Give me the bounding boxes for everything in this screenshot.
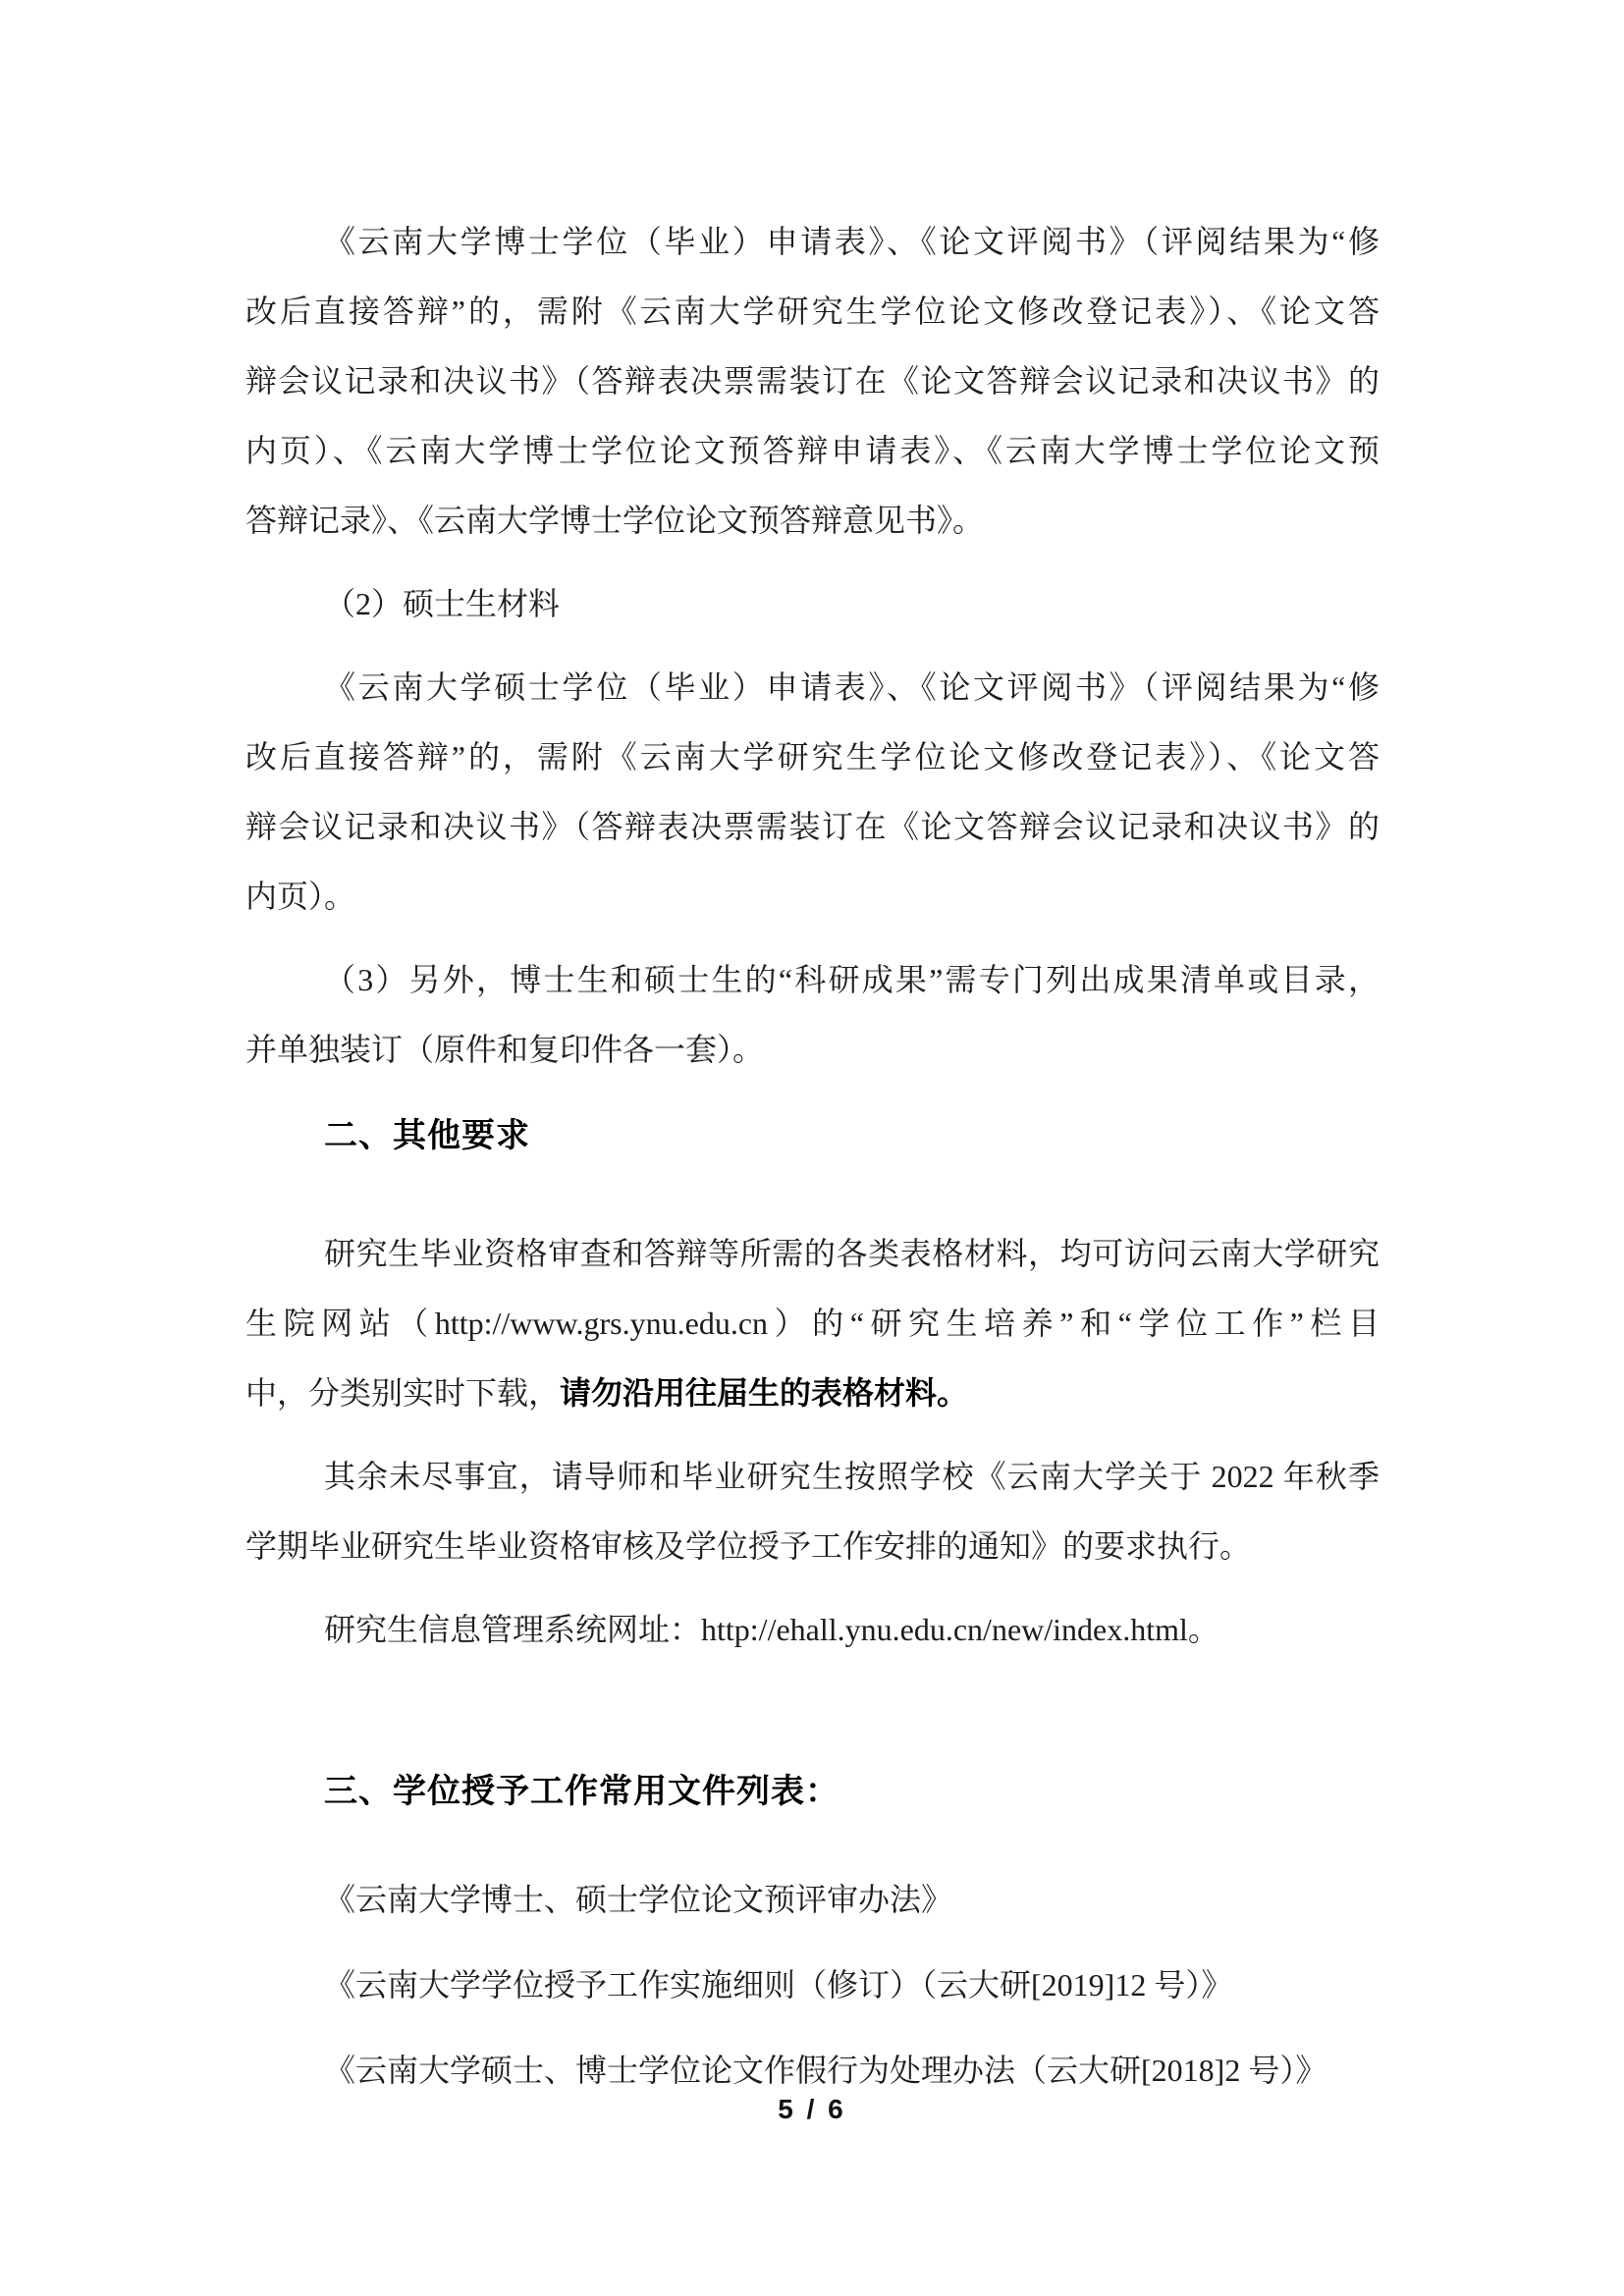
document-content: 《云南大学博士学位（毕业）申请表》、《论文评阅书》（评阅结果为“修改后直接答辩”… bbox=[245, 207, 1380, 2106]
section-2-heading: 二、其他要求 bbox=[245, 1101, 1380, 1171]
text-line: 《云南大学硕士学位（毕业）申请表》、《论文评阅书》（评阅结果为“修 bbox=[245, 653, 1380, 722]
text-line: 生院网站（http://www.grs.ynu.edu.cn）的“研究生培养”和… bbox=[245, 1289, 1380, 1359]
section-3-heading: 三、学位授予工作常用文件列表： bbox=[245, 1757, 1380, 1827]
list-item: 《云南大学学位授予工作实施细则（修订）（云大研[2019]12 号）》 bbox=[245, 1950, 1380, 2020]
text-line: 学期毕业研究生毕业资格审核及学位授予工作安排的通知》的要求执行。 bbox=[245, 1512, 1380, 1581]
text-line: 《云南大学博士学位（毕业）申请表》、《论文评阅书》（评阅结果为“修 bbox=[245, 207, 1380, 277]
text-line: 中，分类别实时下载，请勿沿用往届生的表格材料。 bbox=[245, 1359, 1380, 1428]
text-line: 辩会议记录和决议书》（答辩表决票需装订在《论文答辩会议记录和决议书》的 bbox=[245, 792, 1380, 862]
text-line: 辩会议记录和决议书》（答辩表决票需装订在《论文答辩会议记录和决议书》的 bbox=[245, 347, 1380, 416]
paragraph: （2）硕士生材料 bbox=[245, 569, 1380, 639]
paragraph: 其余未尽事宜，请导师和毕业研究生按照学校《云南大学关于 2022 年秋季学期毕业… bbox=[245, 1442, 1380, 1581]
text-line: 改后直接答辩”的，需附《云南大学研究生学位论文修改登记表》）、《论文答 bbox=[245, 722, 1380, 792]
text-line: （3）另外，博士生和硕士生的“科研成果”需专门列出成果清单或目录， bbox=[245, 945, 1380, 1015]
text-line: 研究生信息管理系统网址：http://ehall.ynu.edu.cn/new/… bbox=[245, 1595, 1380, 1665]
text-line: 答辩记录》、《云南大学博士学位论文预答辩意见书》。 bbox=[245, 486, 1380, 556]
paragraph: 《云南大学硕士学位（毕业）申请表》、《论文评阅书》（评阅结果为“修改后直接答辩”… bbox=[245, 653, 1380, 932]
paragraph: 研究生毕业资格审查和答辩等所需的各类表格材料，均可访问云南大学研究生院网站（ht… bbox=[245, 1219, 1380, 1428]
text-line: 其余未尽事宜，请导师和毕业研究生按照学校《云南大学关于 2022 年秋季 bbox=[245, 1442, 1380, 1512]
text-line: 内页）、《云南大学博士学位论文预答辩申请表》、《云南大学博士学位论文预 bbox=[245, 416, 1380, 486]
text-line: 内页）。 bbox=[245, 862, 1380, 932]
bold-run: 请勿沿用往届生的表格材料。 bbox=[560, 1375, 968, 1411]
page-number: 5 / 6 bbox=[0, 2094, 1624, 2125]
paragraph: （3）另外，博士生和硕士生的“科研成果”需专门列出成果清单或目录，并单独装订（原… bbox=[245, 945, 1380, 1085]
list-item: 《云南大学博士、硕士学位论文预评审办法》 bbox=[245, 1865, 1380, 1935]
text-line: 研究生毕业资格审查和答辩等所需的各类表格材料，均可访问云南大学研究 bbox=[245, 1219, 1380, 1289]
text-run: 中，分类别实时下载， bbox=[245, 1375, 560, 1411]
paragraph: 《云南大学博士学位（毕业）申请表》、《论文评阅书》（评阅结果为“修改后直接答辩”… bbox=[245, 207, 1380, 556]
text-line: 并单独装订（原件和复印件各一套）。 bbox=[245, 1015, 1380, 1085]
text-line: 改后直接答辩”的，需附《云南大学研究生学位论文修改登记表》）、《论文答 bbox=[245, 277, 1380, 347]
paragraph: 研究生信息管理系统网址：http://ehall.ynu.edu.cn/new/… bbox=[245, 1595, 1380, 1665]
text-line: （2）硕士生材料 bbox=[245, 569, 1380, 639]
